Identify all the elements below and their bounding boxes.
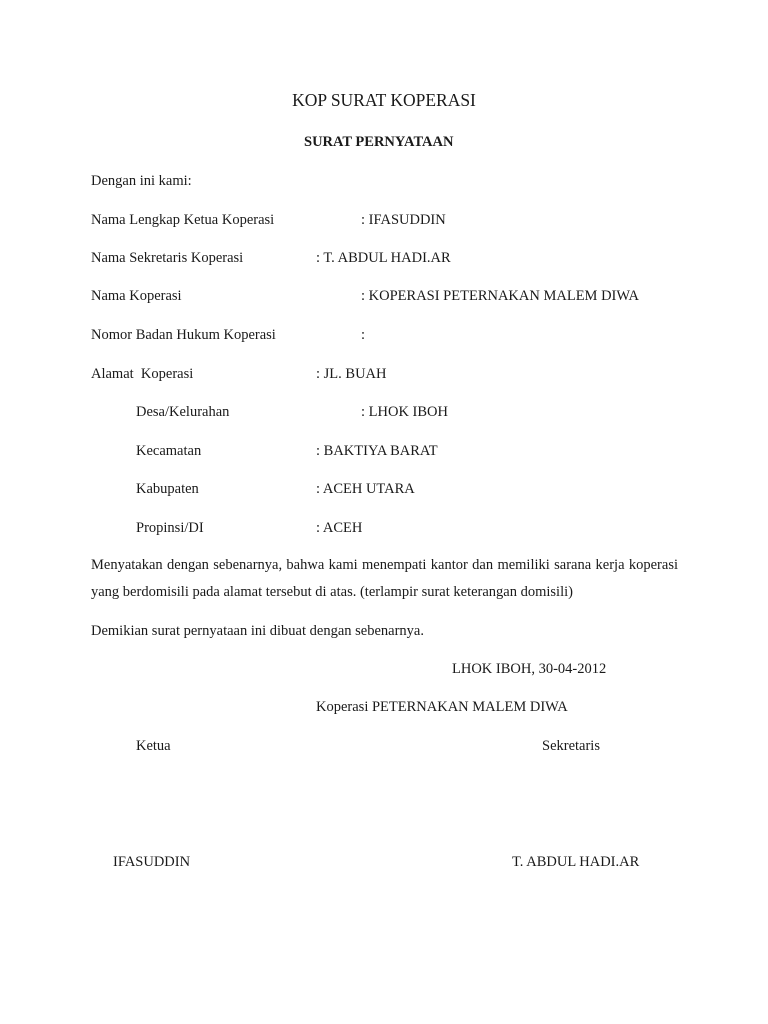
field-value-propinsi: : ACEH (316, 521, 362, 536)
organization-name: Koperasi PETERNAKAN MALEM DIWA (316, 700, 568, 715)
signatory-role-ketua: Ketua (136, 739, 171, 754)
field-value-nama-koperasi: : KOPERASI PETERNAKAN MALEM DIWA (361, 289, 639, 304)
field-value-badan-hukum: : (361, 328, 365, 343)
document-title: SURAT PERNYATAAN (304, 135, 453, 150)
field-label-kabupaten: Kabupaten (136, 482, 199, 497)
field-label-propinsi: Propinsi/DI (136, 521, 204, 536)
place-date: LHOK IBOH, 30-04-2012 (452, 662, 606, 677)
field-value-kecamatan: : BAKTIYA BARAT (316, 444, 438, 459)
statement-paragraph: Menyatakan dengan sebenarnya, bahwa kami… (91, 552, 678, 606)
field-label-nama-koperasi: Nama Koperasi (91, 289, 182, 304)
signatory-name-ketua: IFASUDDIN (113, 855, 190, 870)
field-value-kabupaten: : ACEH UTARA (316, 482, 415, 497)
field-value-ketua: : IFASUDDIN (361, 213, 446, 228)
field-value-desa: : LHOK IBOH (361, 405, 448, 420)
field-value-alamat: : JL. BUAH (316, 367, 387, 382)
signatory-role-sekretaris: Sekretaris (542, 739, 600, 754)
field-value-sekretaris: : T. ABDUL HADI.AR (316, 251, 451, 266)
field-label-kecamatan: Kecamatan (136, 444, 201, 459)
intro-text: Dengan ini kami: (91, 174, 192, 189)
field-label-badan-hukum: Nomor Badan Hukum Koperasi (91, 328, 276, 343)
closing-text: Demikian surat pernyataan ini dibuat den… (91, 624, 424, 639)
field-label-ketua: Nama Lengkap Ketua Koperasi (91, 213, 274, 228)
field-label-alamat: Alamat Koperasi (91, 367, 193, 382)
letterhead: KOP SURAT KOPERASI (0, 92, 768, 110)
signatory-name-sekretaris: T. ABDUL HADI.AR (512, 855, 639, 870)
field-label-desa: Desa/Kelurahan (136, 405, 229, 420)
field-label-sekretaris: Nama Sekretaris Koperasi (91, 251, 243, 266)
